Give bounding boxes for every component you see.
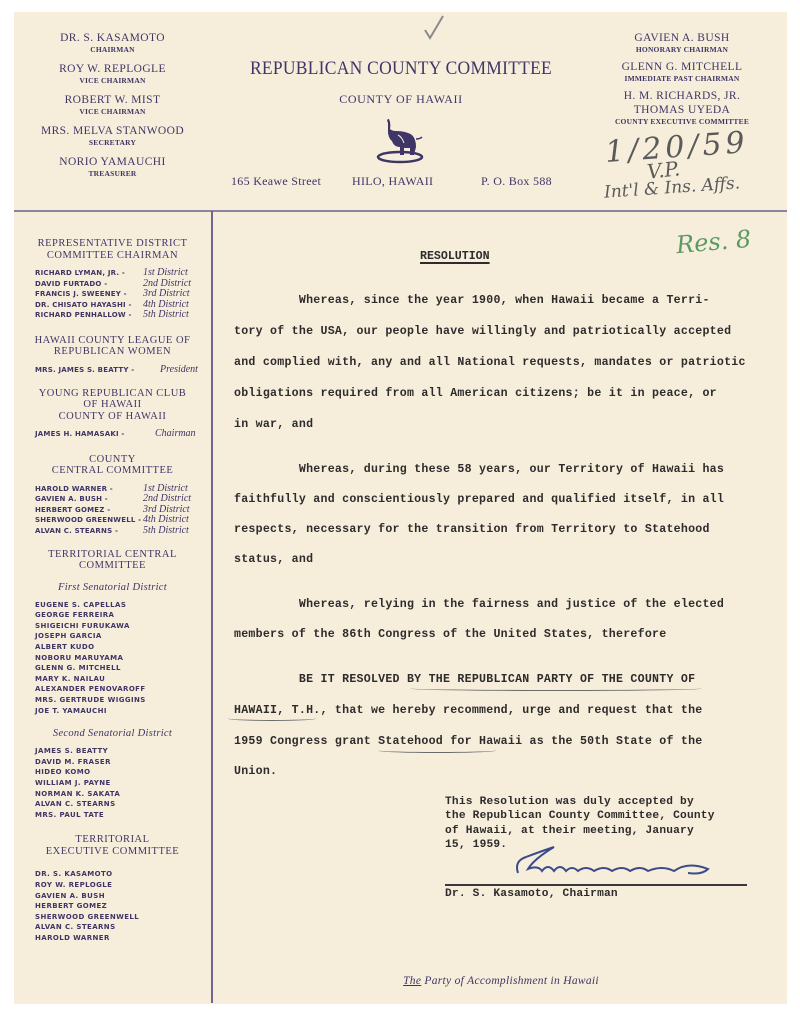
- section-heading: COMMITTEE: [14, 560, 211, 572]
- body-line: tory of the USA, our people have willing…: [234, 325, 731, 338]
- body-line: BE IT RESOLVED BY THE REPUBLICAN PARTY O…: [234, 673, 695, 686]
- organization-title: REPUBLICAN COUNTY COMMITTEE: [231, 58, 571, 80]
- list-item: MRS. PAUL TATE: [35, 810, 211, 821]
- list-item: HAROLD WARNER: [35, 933, 211, 944]
- resolution-heading: RESOLUTION: [420, 250, 490, 263]
- body-line: status, and: [234, 553, 313, 566]
- officer-name: MRS. MELVA STANWOOD: [30, 124, 195, 138]
- section-heading: COUNTY OF HAWAII: [14, 411, 211, 423]
- list-item: GLENN G. MITCHELL: [35, 663, 211, 674]
- officer-title: IMMEDIATE PAST CHAIRMAN: [597, 74, 767, 84]
- sidebar-committees: REPRESENTATIVE DISTRICT COMMITTEE CHAIRM…: [14, 238, 211, 943]
- list-item: MARY K. NAILAU: [35, 674, 211, 685]
- list-item: SHIGEICHI FURUKAWA: [35, 621, 211, 632]
- first-district-list: EUGENE S. CAPELLAS GEORGE FERREIRA SHIGE…: [35, 600, 211, 717]
- list-item: JAMES S. BEATTY: [35, 746, 211, 757]
- footer-slogan: The Party of Accomplishment in Hawaii: [216, 975, 786, 987]
- section-heading: REPRESENTATIVE DISTRICT: [14, 238, 211, 250]
- officer-title: HONORARY CHAIRMAN: [597, 45, 767, 55]
- list-item: MRS. JAMES S. BEATTY -President: [35, 365, 211, 376]
- section-heading: EXECUTIVE COMMITTEE: [14, 846, 211, 858]
- body-line: respects, necessary for the transition f…: [234, 523, 710, 536]
- signer-name: Dr. S. Kasamoto, Chairman: [445, 888, 618, 900]
- section-heading: COUNTY: [14, 454, 211, 466]
- section-heading: YOUNG REPUBLICAN CLUB: [14, 388, 211, 400]
- young-rep-list: JAMES H. HAMASAKI -Chairman: [35, 429, 211, 440]
- list-item: RICHARD LYMAN, JR. -1st District: [35, 268, 211, 279]
- list-item: HIDEO KOMO: [35, 767, 211, 778]
- body-line: 1959 Congress grant Statehood for Hawaii…: [234, 735, 702, 748]
- list-item: RICHARD PENHALLOW -5th District: [35, 310, 211, 321]
- county-central-list: HAROLD WARNER -1st District GAVIEN A. BU…: [35, 484, 211, 537]
- body-line: Whereas, since the year 1900, when Hawai…: [234, 294, 710, 307]
- body-line: obligations required from all American c…: [234, 387, 717, 400]
- list-item: EUGENE S. CAPELLAS: [35, 600, 211, 611]
- list-item: DAVID M. FRASER: [35, 757, 211, 768]
- body-line: and complied with, any and all National …: [234, 356, 746, 369]
- body-line: Whereas, during these 58 years, our Terr…: [234, 463, 724, 476]
- organization-subtitle: COUNTY OF HAWAII: [216, 92, 586, 107]
- section-heading: TERRITORIAL: [14, 834, 211, 846]
- subsection-heading: Second Senatorial District: [14, 728, 211, 739]
- officer-title: VICE CHAIRMAN: [30, 107, 195, 117]
- list-item: ALEXANDER PENOVAROFF: [35, 684, 211, 695]
- list-item: GEORGE FERREIRA: [35, 610, 211, 621]
- section-heading: COMMITTEE CHAIRMAN: [14, 250, 211, 262]
- list-item: WILLIAM J. PAYNE: [35, 778, 211, 789]
- footer-the: The: [403, 975, 421, 987]
- po-box: P. O. Box 588: [481, 174, 552, 189]
- officer-name: H. M. RICHARDS, JR.: [597, 89, 767, 103]
- section-heading: TERRITORIAL CENTRAL: [14, 549, 211, 561]
- list-item: HERBERT GOMEZ: [35, 901, 211, 912]
- section-heading: OF HAWAII: [14, 399, 211, 411]
- header-divider: [14, 210, 787, 212]
- pencil-underline: [378, 748, 496, 753]
- right-officers: GAVIEN A. BUSHHONORARY CHAIRMAN GLENN G.…: [597, 31, 767, 132]
- league-women-list: MRS. JAMES S. BEATTY -President: [35, 365, 211, 376]
- body-line: Whereas, relying in the fairness and jus…: [234, 598, 724, 611]
- left-officers: DR. S. KASAMOTOCHAIRMAN ROY W. REPLOGLEV…: [30, 31, 195, 186]
- officer-title: TREASURER: [30, 169, 195, 179]
- list-item: ALVAN C. STEARNS: [35, 799, 211, 810]
- list-item: ALBERT KUDO: [35, 642, 211, 653]
- footer-text: Party of Accomplishment in Hawaii: [421, 975, 599, 987]
- elephant-icon: [374, 117, 426, 165]
- body-line: Union.: [234, 765, 277, 778]
- list-item: JOSEPH GARCIA: [35, 631, 211, 642]
- list-item: NORMAN K. SAKATA: [35, 789, 211, 800]
- pencil-underline: [410, 686, 702, 691]
- officer-name: THOMAS UYEDA: [597, 103, 767, 117]
- checkmark-icon: [422, 14, 446, 40]
- section-heading: REPUBLICAN WOMEN: [14, 346, 211, 358]
- list-item: SHERWOOD GREENWELL: [35, 912, 211, 923]
- body-line: members of the 86th Congress of the Unit…: [234, 628, 666, 641]
- body-line: in war, and: [234, 418, 313, 431]
- section-heading: CENTRAL COMMITTEE: [14, 465, 211, 477]
- officer-name: ROBERT W. MIST: [30, 93, 195, 107]
- officer-title: VICE CHAIRMAN: [30, 76, 195, 86]
- territorial-exec-list: DR. S. KASAMOTO ROY W. REPLOGLE GAVIEN A…: [35, 869, 211, 943]
- list-item: NOBORU MARUYAMA: [35, 653, 211, 664]
- list-item: JOE T. YAMAUCHI: [35, 706, 211, 717]
- officer-name: GAVIEN A. BUSH: [597, 31, 767, 45]
- list-item: JAMES H. HAMASAKI -Chairman: [35, 429, 211, 440]
- officer-name: GLENN G. MITCHELL: [597, 60, 767, 74]
- officer-name: ROY W. REPLOGLE: [30, 62, 195, 76]
- section-heading: HAWAII COUNTY LEAGUE OF: [14, 335, 211, 347]
- body-line: faithfully and conscientiously prepared …: [234, 493, 724, 506]
- rep-district-list: RICHARD LYMAN, JR. -1st District DAVID F…: [35, 268, 211, 321]
- sidebar-divider: [211, 211, 213, 1003]
- list-item: ROY W. REPLOGLE: [35, 880, 211, 891]
- subsection-heading: First Senatorial District: [14, 582, 211, 593]
- second-district-list: JAMES S. BEATTY DAVID M. FRASER HIDEO KO…: [35, 746, 211, 820]
- list-item: DR. S. KASAMOTO: [35, 869, 211, 880]
- officer-name: DR. S. KASAMOTO: [30, 31, 195, 45]
- pencil-underline: [228, 716, 316, 721]
- officer-title: CHAIRMAN: [30, 45, 195, 55]
- signature-line: [445, 884, 747, 886]
- street-address: 165 Keawe Street: [231, 174, 321, 189]
- list-item: ALVAN C. STEARNS: [35, 922, 211, 933]
- list-item: ALVAN C. STEARNS -5th District: [35, 526, 211, 537]
- officer-title: SECRETARY: [30, 138, 195, 148]
- list-item: MRS. GERTRUDE WIGGINS: [35, 695, 211, 706]
- list-item: GAVIEN A. BUSH: [35, 891, 211, 902]
- signature: [512, 843, 712, 881]
- city: HILO, HAWAII: [352, 174, 433, 189]
- officer-name: NORIO YAMAUCHI: [30, 155, 195, 169]
